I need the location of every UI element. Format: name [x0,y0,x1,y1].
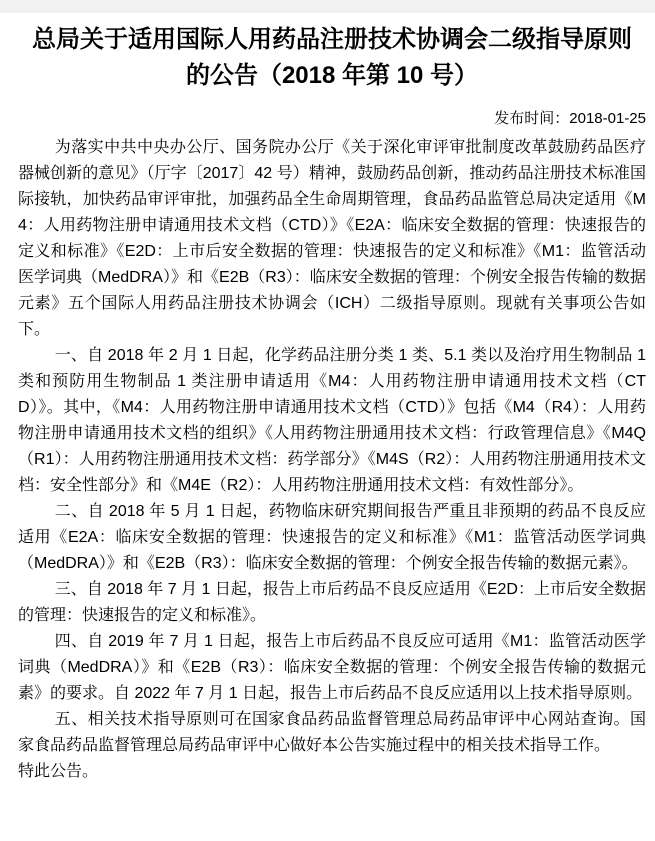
page-title: 总局关于适用国际人用药品注册技术协调会二级指导原则 的公告（2018 年第 10… [18,22,646,94]
body-paragraph-closing: 特此公告。 [18,759,646,785]
body-paragraph-item-3: 三、自 2018 年 7 月 1 日起，报告上市后药品不良反应适用《E2D：上市… [18,577,646,629]
page: { "colors": { "background": "#ffffff", "… [0,0,655,841]
body-paragraph-item-2: 二、自 2018 年 5 月 1 日起，药物临床研究期间报告严重且非预期的药品不… [18,499,646,577]
body-paragraph-item-1: 一、自 2018 年 2 月 1 日起，化学药品注册分类 1 类、5.1 类以及… [18,343,646,499]
publish-date-value: 2018-01-25 [569,110,646,127]
page-top-strip [0,0,655,13]
body-paragraph-intro: 为落实中共中央办公厅、国务院办公厅《关于深化审评审批制度改革鼓励药品医疗器械创新… [18,135,646,343]
announcement-document: 总局关于适用国际人用药品注册技术协调会二级指导原则 的公告（2018 年第 10… [0,22,655,785]
announcement-body: 为落实中共中央办公厅、国务院办公厅《关于深化审评审批制度改革鼓励药品医疗器械创新… [18,135,646,785]
page-title-line2: 的公告（2018 年第 10 号） [18,58,646,94]
publish-date-row: 发布时间：2018-01-25 [18,110,646,128]
body-paragraph-item-5: 五、相关技术指导原则可在国家食品药品监督管理总局药品审评中心网站查询。国家食品药… [18,707,646,759]
publish-date-label: 发布时间： [494,110,569,127]
body-paragraph-item-4: 四、自 2019 年 7 月 1 日起，报告上市后药品不良反应可适用《M1：监管… [18,629,646,707]
page-title-line1: 总局关于适用国际人用药品注册技术协调会二级指导原则 [18,22,646,58]
